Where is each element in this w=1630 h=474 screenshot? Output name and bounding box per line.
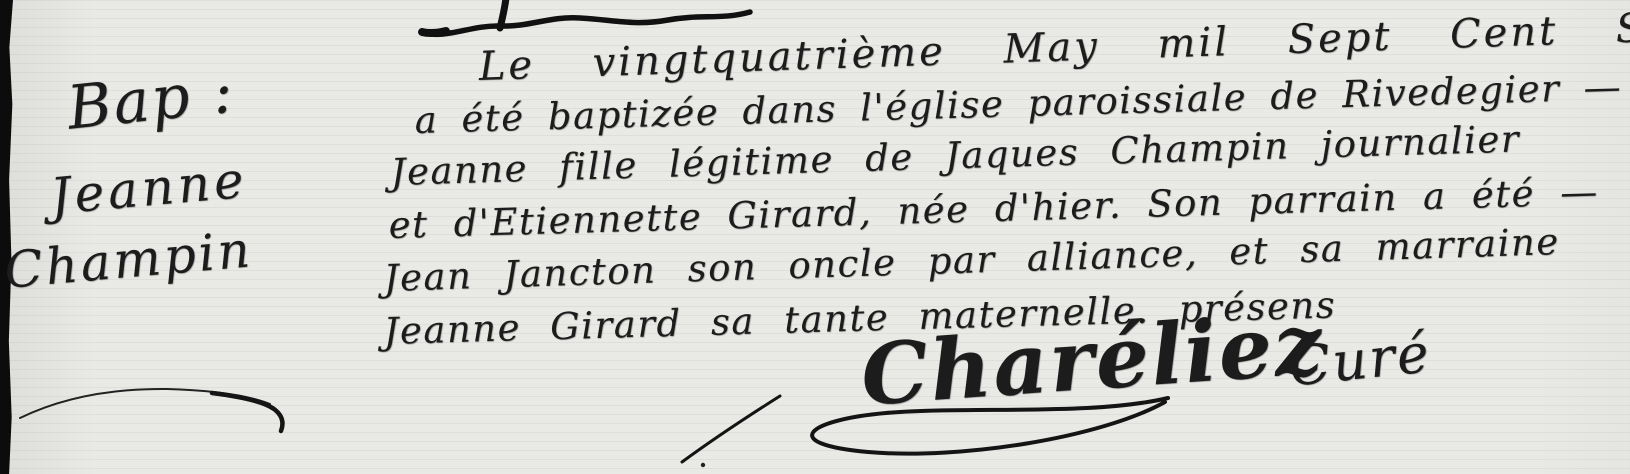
ink-dot bbox=[698, 460, 708, 470]
register-page-scan: Bap : Jeanne Champin Le vingtquatrième M… bbox=[0, 0, 1630, 474]
priest-title: Curé bbox=[1286, 321, 1434, 398]
margin-surname: Champin bbox=[2, 220, 255, 299]
margin-act-type: Bap : bbox=[64, 56, 238, 143]
margin-given-name: Jeanne bbox=[48, 151, 250, 226]
margin-swash-flourish bbox=[12, 368, 312, 438]
